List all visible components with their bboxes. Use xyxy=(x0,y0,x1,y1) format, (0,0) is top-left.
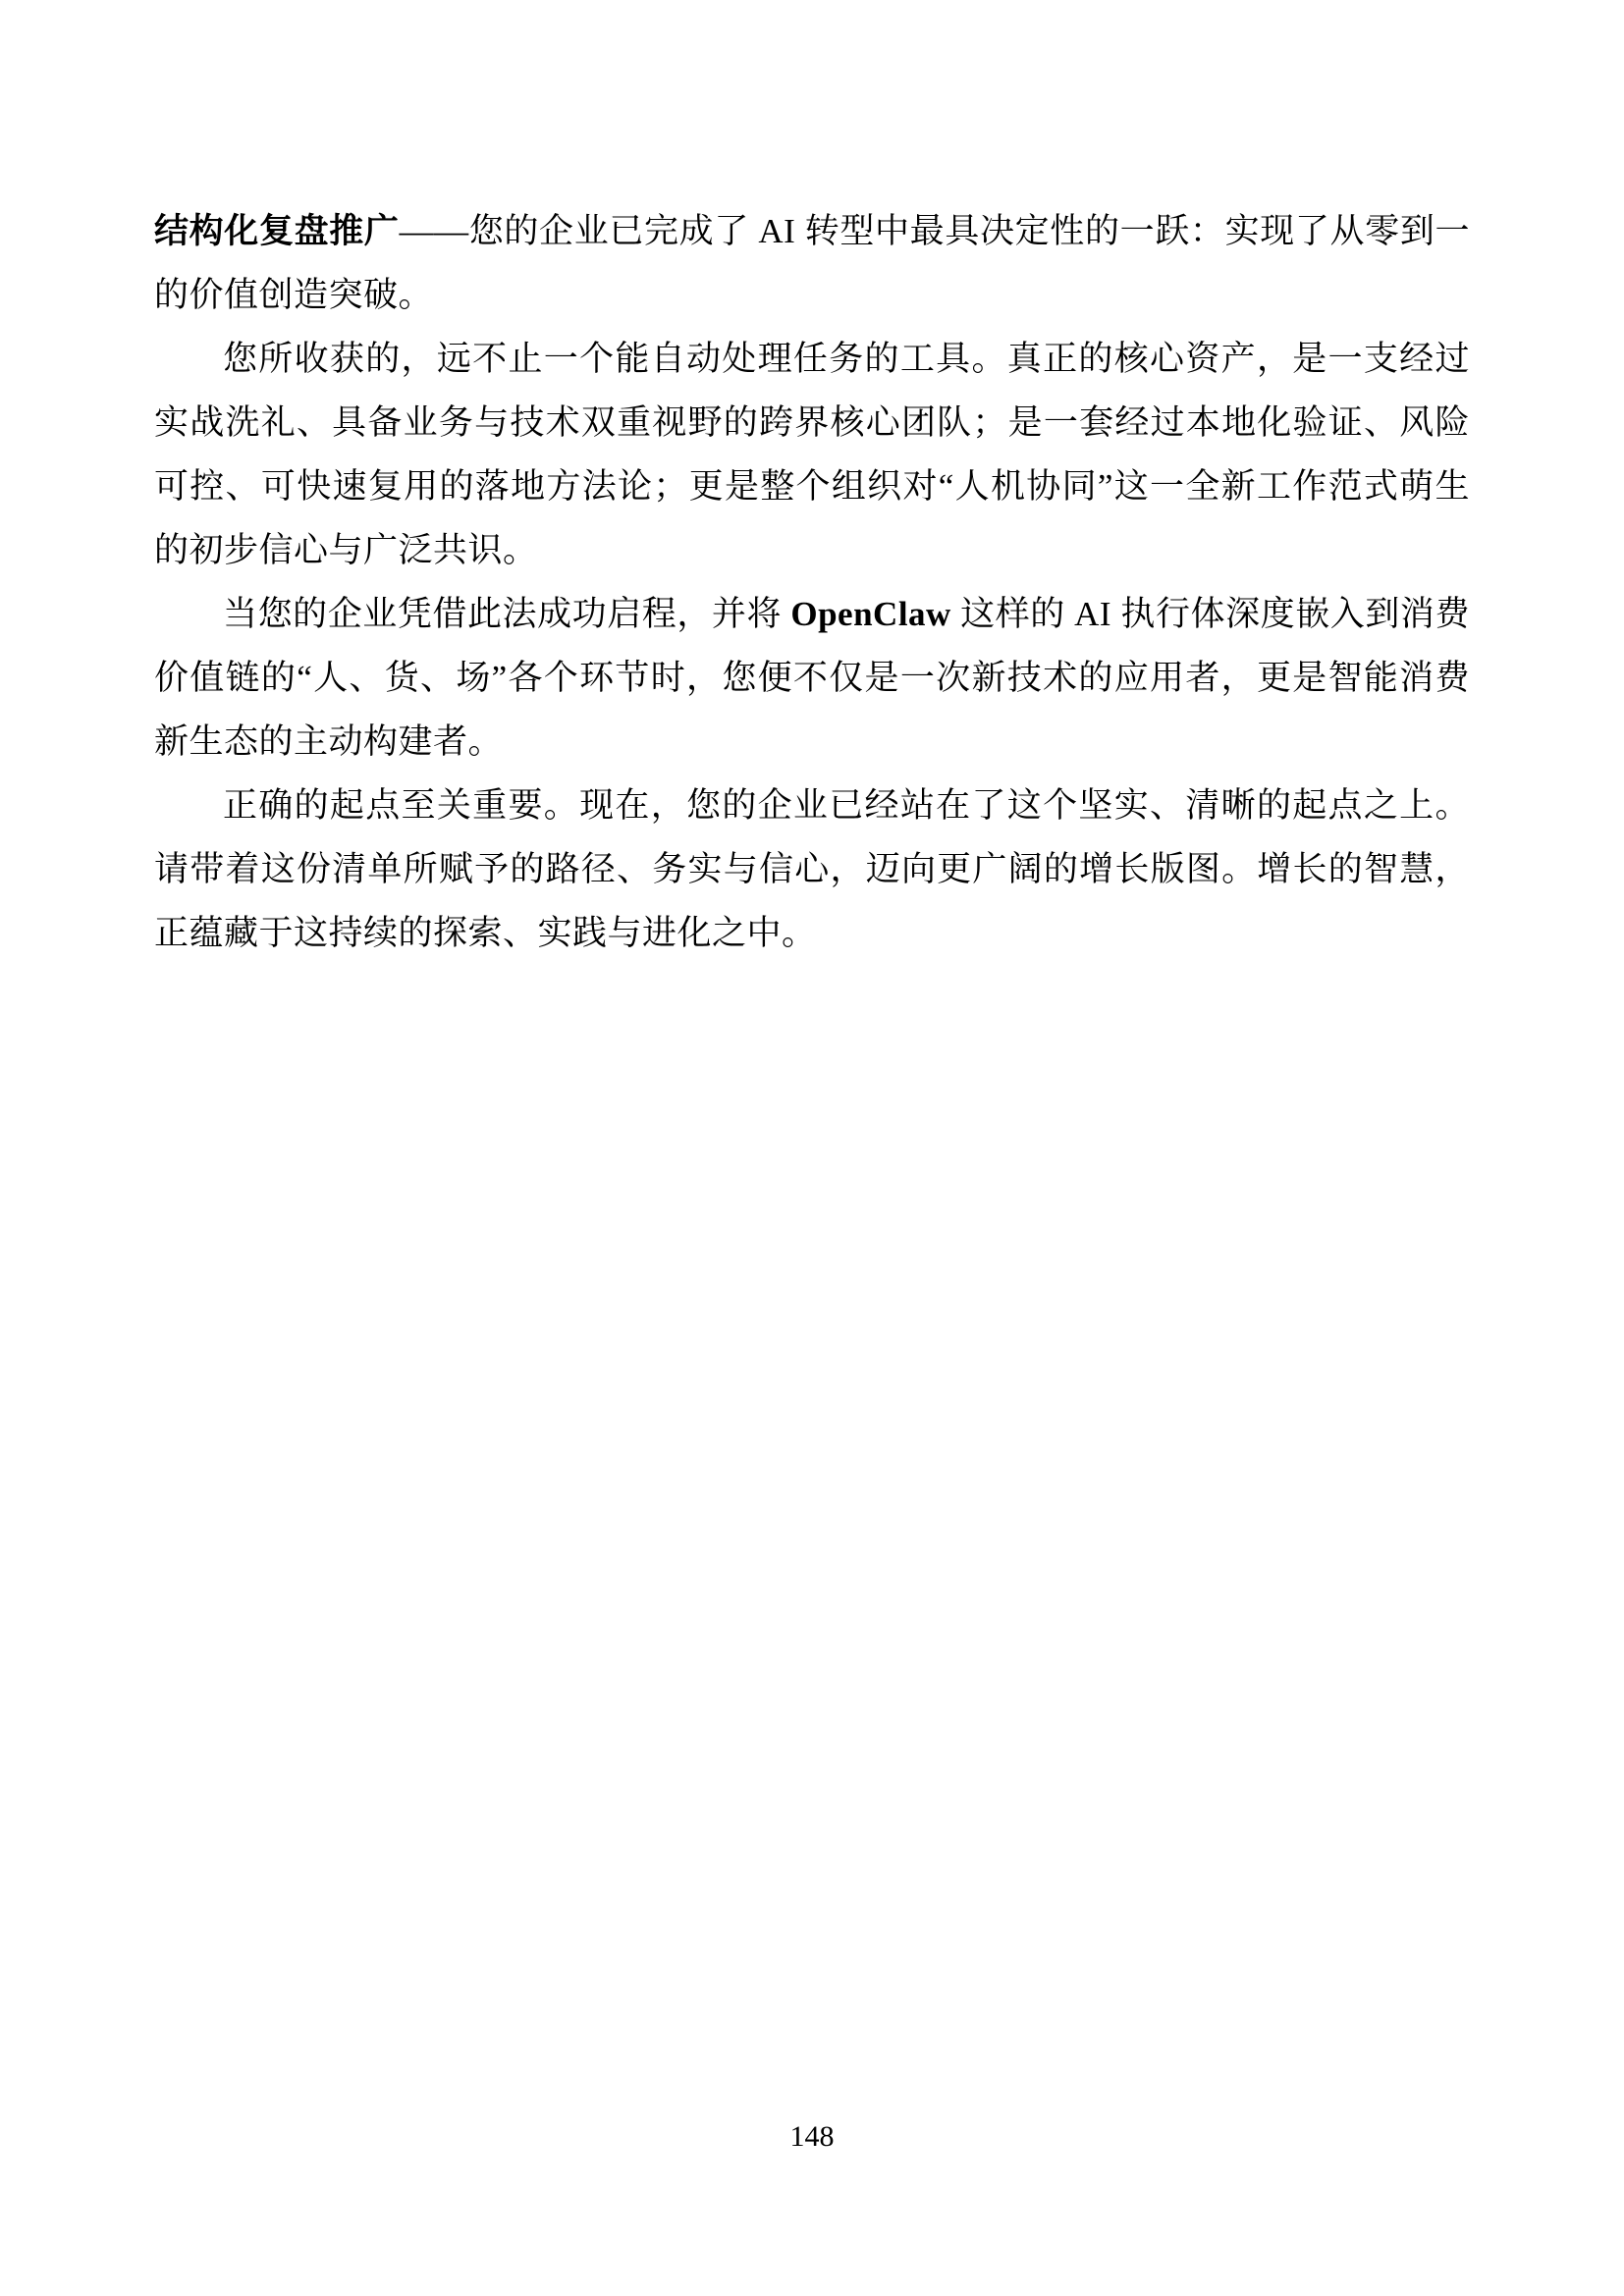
text-run: 正确的起点至关重要。现在，您的企业已经站在了这个坚实、清晰的起点之上。请带着这份… xyxy=(154,786,1470,952)
bold-heading-run: 结构化复盘推广 xyxy=(154,212,400,250)
text-run: 您所收获的，远不止一个能自动处理任务的工具。真正的核心资产，是一支经过实战洗礼、… xyxy=(154,340,1470,569)
page-body-text: 结构化复盘推广——您的企业已完成了 AI 转型中最具决定性的一跃：实现了从零到一… xyxy=(154,199,1470,965)
paragraph-openclaw: 当您的企业凭借此法成功启程，并将 OpenClaw 这样的 AI 执行体深度嵌入… xyxy=(154,582,1470,774)
page-number: 148 xyxy=(0,2118,1624,2156)
bold-brand-run: OpenClaw xyxy=(790,595,950,633)
document-page: 结构化复盘推广——您的企业已完成了 AI 转型中最具决定性的一跃：实现了从零到一… xyxy=(0,0,1624,2296)
paragraph-starting-point: 正确的起点至关重要。现在，您的企业已经站在了这个坚实、清晰的起点之上。请带着这份… xyxy=(154,774,1470,965)
text-run: 当您的企业凭借此法成功启程，并将 xyxy=(223,595,790,633)
paragraph-structured-review: 结构化复盘推广——您的企业已完成了 AI 转型中最具决定性的一跃：实现了从零到一… xyxy=(154,199,1470,327)
paragraph-core-assets: 您所收获的，远不止一个能自动处理任务的工具。真正的核心资产，是一支经过实战洗礼、… xyxy=(154,327,1470,582)
